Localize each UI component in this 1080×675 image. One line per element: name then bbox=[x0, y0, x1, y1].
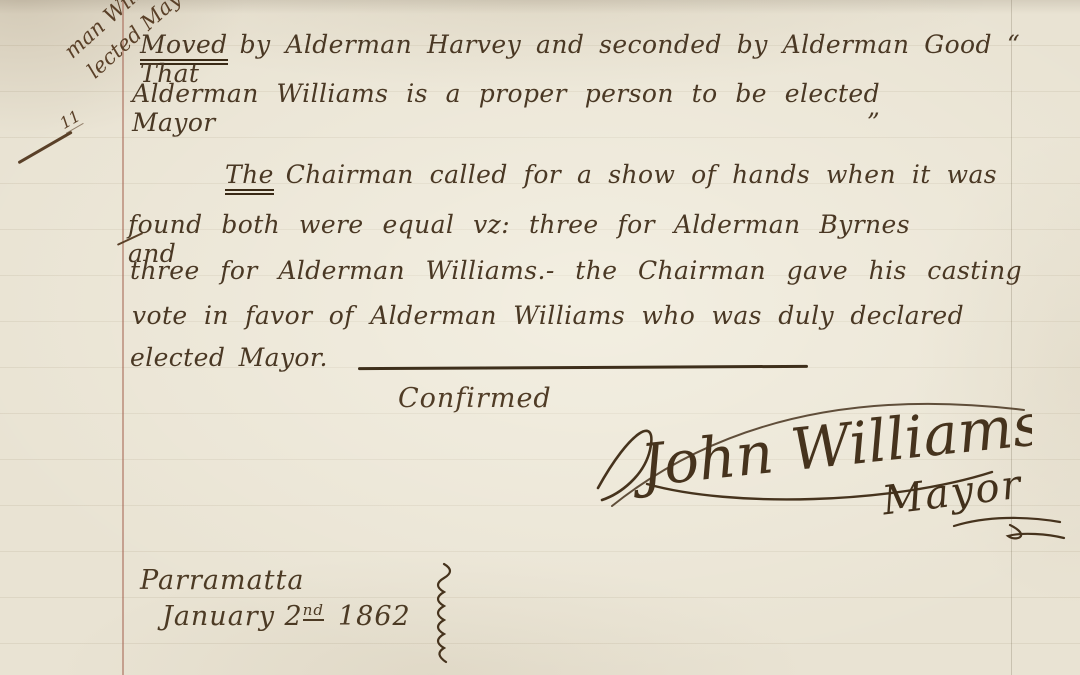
dateline-year: 1862 bbox=[338, 601, 411, 632]
resolution-line-1-text: Chairman called for a show of hands when… bbox=[286, 160, 997, 189]
minute-line-2: Alderman Williams is a proper person to … bbox=[132, 79, 880, 137]
dateline-ordinal: nd bbox=[303, 601, 324, 621]
dateline-date: January 2nd1862 bbox=[162, 601, 411, 632]
resolution-line-1: TheChairman called for a show of hands w… bbox=[225, 160, 997, 189]
dateline-squiggle bbox=[428, 562, 454, 664]
dateline-day: January 2 bbox=[162, 601, 303, 632]
manuscript-page: man Williams lected Mayor 11 Movedby Ald… bbox=[0, 0, 1080, 675]
page-crease-line bbox=[1011, 0, 1012, 675]
resolution-line-3: three for Alderman Williams.- the Chairm… bbox=[130, 256, 1022, 285]
resolution-line-5: elected Mayor. bbox=[130, 343, 328, 372]
resolution-lead-word: The bbox=[225, 160, 274, 195]
confirmed-label: Confirmed bbox=[398, 383, 552, 414]
dateline-place: Parramatta bbox=[140, 565, 304, 596]
mayor-title-flourish bbox=[952, 514, 1067, 544]
resolution-line-4: vote in favor of Alderman Williams who w… bbox=[132, 301, 964, 330]
margin-rule-line bbox=[122, 0, 124, 675]
closing-rule bbox=[358, 365, 808, 370]
